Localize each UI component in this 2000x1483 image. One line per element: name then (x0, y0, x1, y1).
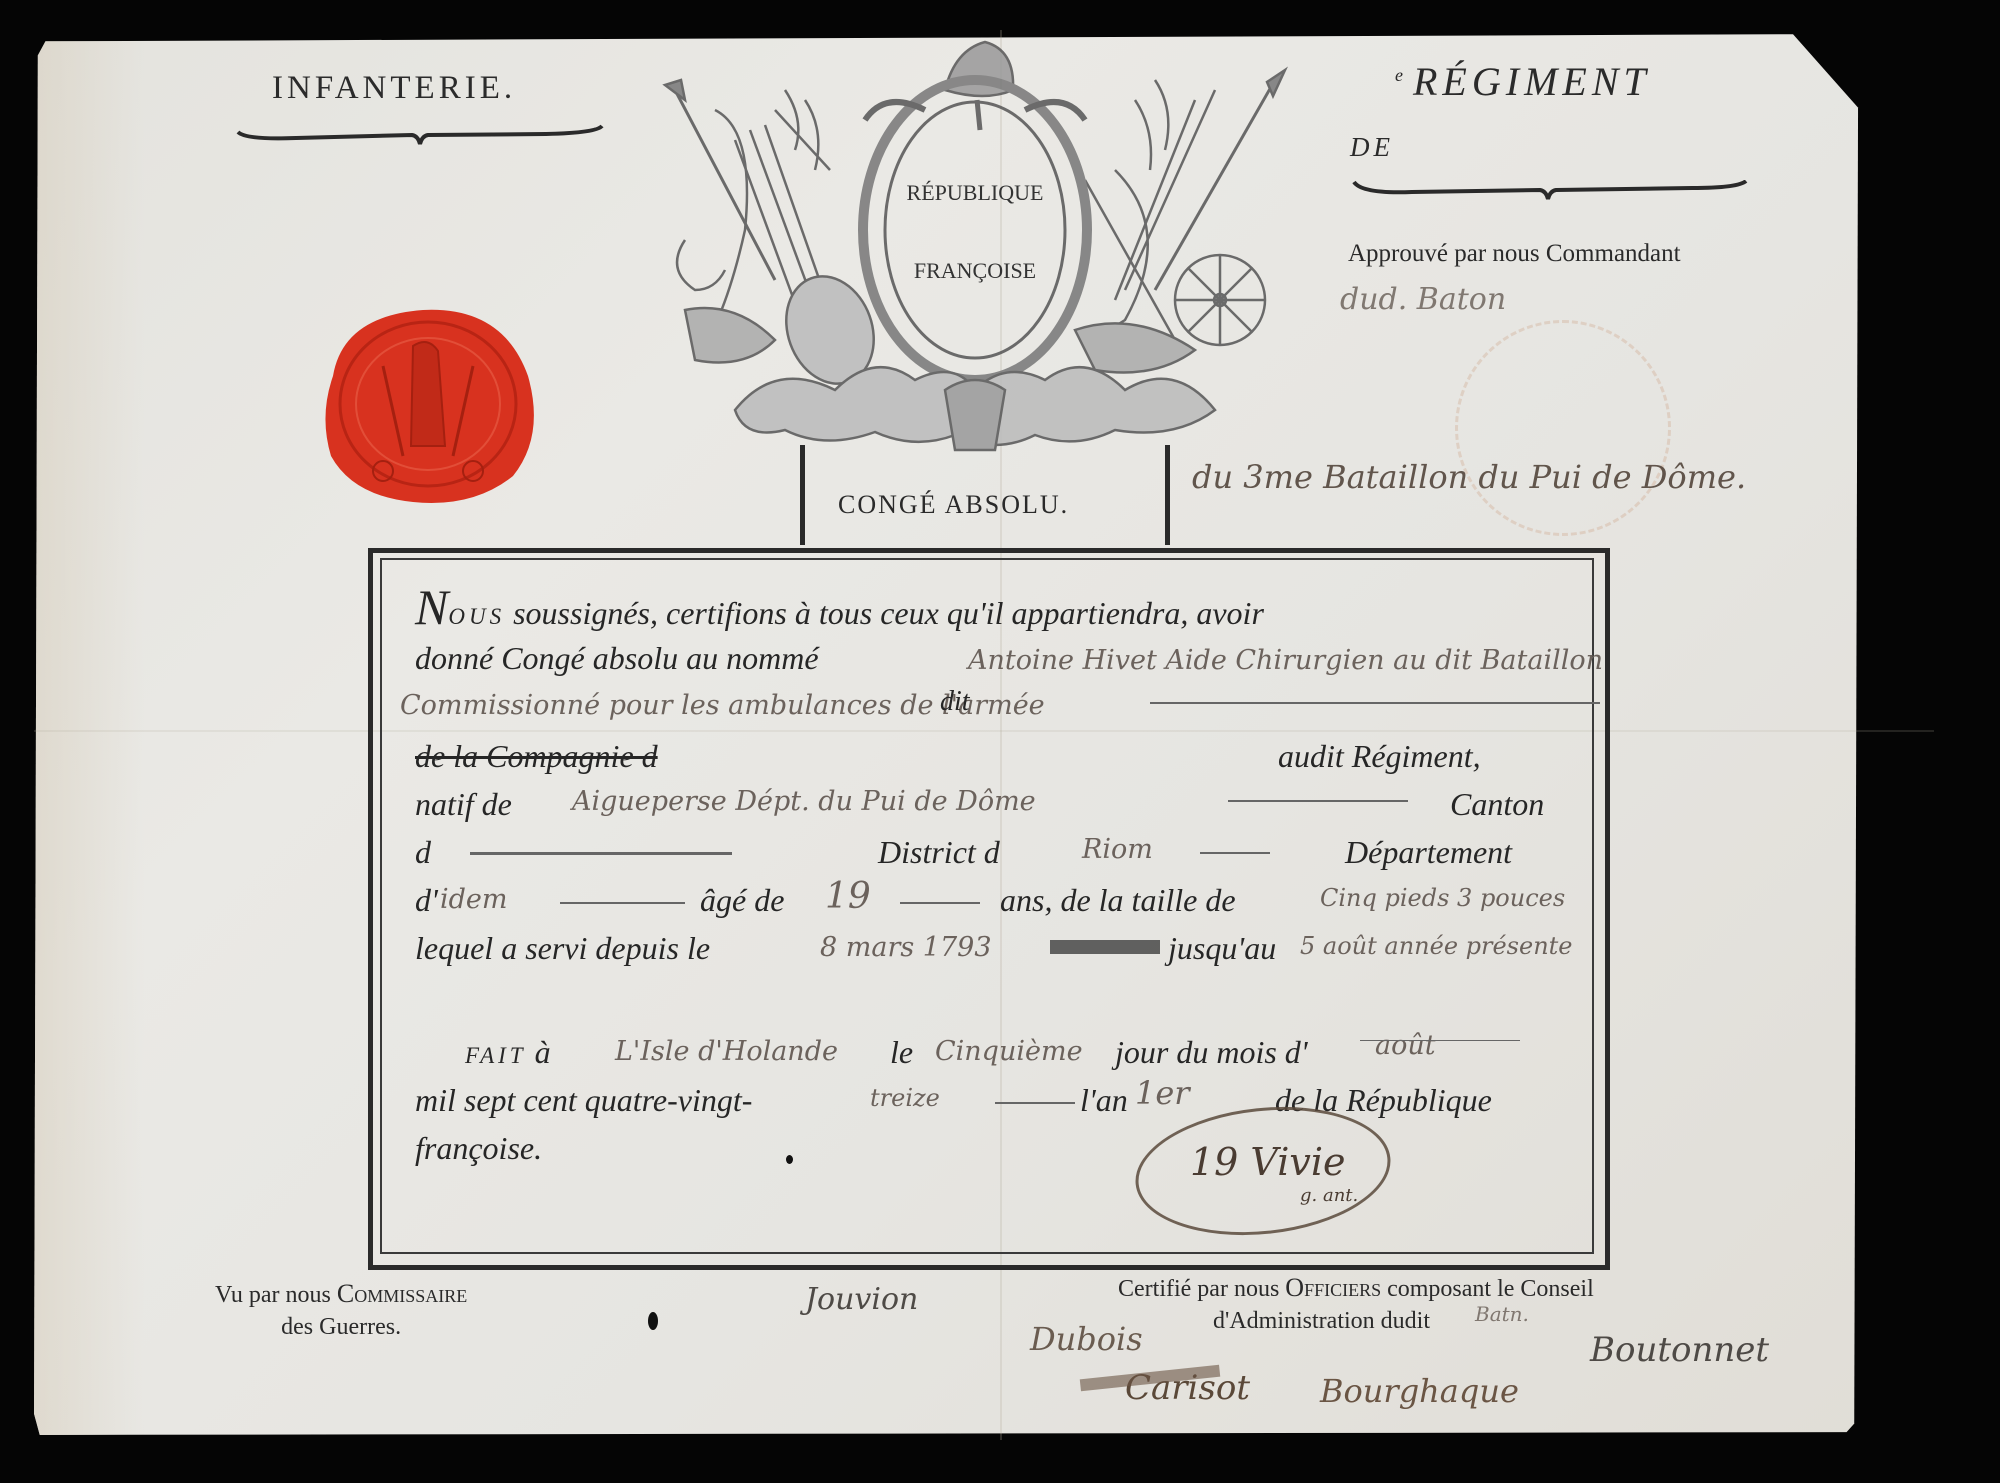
age-label: âgé de (700, 882, 784, 919)
paper-hole (786, 1155, 793, 1164)
officiers-caps: Officiers (1285, 1273, 1381, 1302)
natif-label: natif de (415, 786, 512, 823)
district-label: District d (878, 834, 1000, 871)
fait-smallcaps: FAIT (465, 1043, 527, 1068)
taille-label: ans, de la taille de (1000, 882, 1236, 919)
nous-smallcaps: OUS (448, 604, 505, 629)
le-label: le (890, 1034, 913, 1071)
commissaire-prefix: Vu par nous (215, 1282, 337, 1308)
height-handwritten: Cinq pieds 3 pouces (1320, 884, 1565, 912)
officer-signature-3: Bourghaque (1320, 1372, 1519, 1410)
republic-emblem-engraving: RÉPUBLIQUE FRANÇOISE (655, 30, 1295, 460)
service-start-handwritten: 8 mars 1793 (820, 932, 992, 963)
regiment-label: RÉGIMENT (1413, 59, 1651, 104)
fill-line (995, 1102, 1075, 1104)
commissaire-caps: Commissaire (337, 1279, 467, 1308)
certificate-title: CONGÉ ABSOLU. (838, 490, 1069, 520)
jour-mois-label: jour du mois d' (1115, 1034, 1308, 1071)
paper-hole (648, 1312, 658, 1330)
month-handwritten: août (1375, 1030, 1436, 1061)
line1-text: soussignés, certifions à tous ceux qu'il… (505, 595, 1264, 631)
fait-line: FAIT à (465, 1034, 551, 1071)
place-handwritten: L'Isle d'Holande (615, 1036, 838, 1067)
approval-text: Approuvé par nous Commandant (1348, 240, 1681, 268)
emblem-line1: RÉPUBLIQUE (907, 180, 1044, 205)
commissaire-block: Vu par nous Commissaire des Guerres. (215, 1278, 467, 1343)
dit-label: dit (940, 686, 970, 718)
fill-line (1150, 702, 1600, 704)
until-label: jusqu'au (1168, 930, 1276, 967)
year-handwritten: treize (870, 1084, 940, 1112)
district-handwritten: Riom (1082, 834, 1153, 865)
compagnie-label: de la Compagnie d (415, 738, 658, 775)
departement-handwritten: idem (440, 884, 508, 915)
fait-a-label: à (535, 1034, 551, 1070)
administration-handwritten: Batn. (1475, 1302, 1529, 1326)
commissaire-signature: Jouvion (805, 1282, 918, 1317)
an-handwritten: 1er (1135, 1074, 1190, 1112)
regiment-ordinal: e (1395, 65, 1403, 85)
day-handwritten: Cinquième (935, 1036, 1083, 1067)
fill-line (470, 852, 732, 855)
canton-label: Canton (1450, 786, 1544, 823)
fill-line (900, 902, 980, 904)
officer-signature-4: Boutonnet (1590, 1330, 1769, 1370)
departement-label: Département (1345, 834, 1512, 871)
served-since-label: lequel a servi depuis le (415, 930, 710, 967)
ink-blot-strikeout (1050, 940, 1160, 954)
des-guerres-label: des Guerres. (281, 1314, 401, 1340)
fill-line (1360, 1040, 1520, 1041)
regiment-de-label: DE (1350, 132, 1394, 163)
main-signature: 19 Vivie (1190, 1140, 1345, 1184)
drop-cap: N (415, 579, 448, 635)
officiers-suffix: composant le Conseil (1381, 1276, 1594, 1302)
francoise-label: françoise. (415, 1130, 542, 1167)
fill-line (560, 902, 685, 904)
body-line-1: NOUS soussignés, certifions à tous ceux … (415, 578, 1264, 636)
audit-regiment-label: audit Régiment, (1278, 738, 1481, 775)
age-handwritten: 19 (825, 876, 871, 917)
body-line-2: donné Congé absolu au nommé (415, 640, 819, 677)
faint-stamp-mark (1455, 320, 1671, 536)
infanterie-title: INFANTERIE. (272, 70, 516, 107)
approval-handwritten: dud. Baton (1340, 282, 1506, 317)
canton-d-label: d (415, 834, 431, 871)
fill-line (1228, 800, 1408, 802)
an-label: l'an (1080, 1082, 1128, 1119)
brace-ornament-left (236, 124, 604, 146)
dept-d-label: d' (415, 882, 438, 919)
year-label: mil sept cent quatre-vingt- (415, 1082, 752, 1119)
main-signature-title: g. ant. (1300, 1185, 1358, 1206)
officiers-prefix: Certifié par nous (1118, 1276, 1285, 1302)
emblem-line2: FRANÇOISE (914, 258, 1036, 283)
regiment-title: eRÉGIMENT (1395, 58, 1651, 105)
fill-line (1200, 852, 1270, 854)
service-end-handwritten: 5 août année présente (1300, 932, 1573, 960)
birthplace-handwritten: Aigueperse Dépt. du Pui de Dôme (572, 786, 1036, 817)
soldier-name-handwritten: Antoine Hivet Aide Chirurgien au dit Bat… (968, 645, 1603, 676)
brace-ornament-right (1352, 180, 1748, 202)
red-wax-seal (313, 296, 543, 508)
officer-signature-1: Dubois (1030, 1320, 1143, 1358)
battalion-handwritten: du 3me Bataillon du Pui de Dôme. (1192, 458, 1746, 496)
